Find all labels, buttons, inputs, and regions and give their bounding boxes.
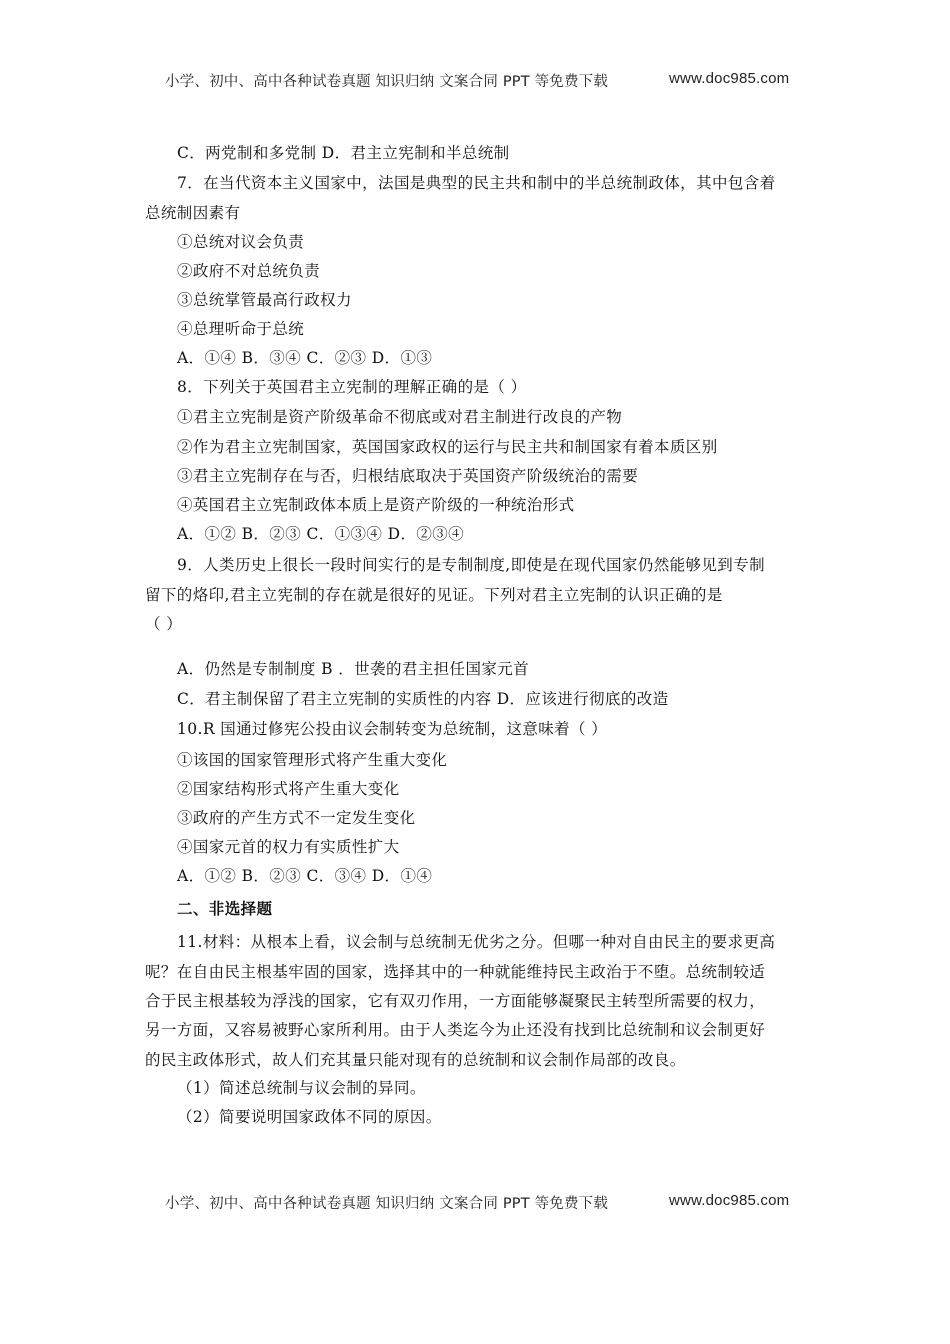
- q11-line-2: 呢？在自由民主根基牢固的国家，选择其中的一种就能维持民主政治于不堕。总统制较适: [145, 962, 765, 982]
- q7-item-2: ②政府不对总统负责: [177, 261, 320, 281]
- q6-options-cd: C．两党制和多党制 D．君主立宪制和半总统制: [177, 143, 510, 163]
- q10-stem: 10.R 国通过修宪公投由议会制转变为总统制，这意味着（ ）: [177, 719, 607, 739]
- q11-line-1: 11.材料：从根本上看，议会制与总统制无优劣之分。但哪一种对自由民主的要求更高: [177, 932, 775, 952]
- q11-sub-question-1: （1）简述总统制与议会制的异同。: [177, 1078, 426, 1098]
- q9-stem-line2: 留下的烙印,君主立宪制的存在就是很好的见证。下列对君主立宪制的认识正确的是: [145, 585, 723, 605]
- q11-line-3: 合于民主根基较为浮浅的国家，它有双刃作用，一方面能够凝聚民主转型所需要的权力，: [145, 991, 765, 1011]
- q7-item-1: ①总统对议会负责: [177, 232, 304, 252]
- q7-options: A．①④ B．③④ C．②③ D．①③: [177, 348, 432, 368]
- q8-item-2: ②作为君主立宪制国家，英国国家政权的运行与民主共和制国家有着本质区别: [177, 437, 718, 457]
- footer-url: www.doc985.com: [669, 1192, 789, 1209]
- q8-options: A．①② B．②③ C．①③④ D．②③④: [177, 524, 464, 544]
- footer-text: 小学、初中、高中各种试卷真题 知识归纳 文案合同 PPT 等免费下载: [165, 1196, 608, 1212]
- q10-item-2: ②国家结构形式将产生重大变化: [177, 779, 400, 799]
- q7-item-4: ④总理听命于总统: [177, 319, 304, 339]
- q9-stem-line1: 9．人类历史上很长一段时间实行的是专制制度,即使是在现代国家仍然能够见到专制: [177, 555, 765, 575]
- q9-stem-line3: （ ）: [145, 614, 182, 634]
- q11-sub-question-2: （2）简要说明国家政体不同的原因。: [177, 1107, 442, 1127]
- q7-item-3: ③总统掌管最高行政权力: [177, 290, 352, 310]
- page-header: 小学、初中、高中各种试卷真题 知识归纳 文案合同 PPT 等免费下载 www.d…: [165, 70, 805, 91]
- q9-options-ab: A．仍然是专制制度 B ．世袭的君主担任国家元首: [177, 659, 529, 679]
- q11-line-4: 另一方面，又容易被野心家所利用。由于人类迄今为止还没有找到比总统制和议会制更好: [145, 1020, 765, 1040]
- header-url: www.doc985.com: [669, 70, 789, 87]
- header-text: 小学、初中、高中各种试卷真题 知识归纳 文案合同 PPT 等免费下载: [165, 74, 608, 90]
- q10-item-4: ④国家元首的权力有实质性扩大: [177, 837, 400, 857]
- q10-item-3: ③政府的产生方式不一定发生变化: [177, 808, 416, 828]
- q10-item-1: ①该国的国家管理形式将产生重大变化: [177, 750, 447, 770]
- q10-options: A．①② B．②③ C．③④ D．①④: [177, 866, 432, 886]
- q7-stem-line2: 总统制因素有: [145, 203, 240, 223]
- q7-stem-line1: 7．在当代资本主义国家中，法国是典型的民主共和制中的半总统制政体，其中包含着: [177, 173, 776, 193]
- q8-item-4: ④英国君主立宪制政体本质上是资产阶级的一种统治形式: [177, 495, 575, 515]
- section-2-title: 二、非选择题: [177, 899, 272, 919]
- q11-line-5: 的民主政体形式，故人们充其量只能对现有的总统制和议会制作局部的改良。: [145, 1050, 686, 1070]
- q9-options-cd: C．君主制保留了君主立宪制的实质性的内容 D．应该进行彻底的改造: [177, 689, 669, 709]
- q8-stem: 8．下列关于英国君主立宪制的理解正确的是（ ）: [177, 377, 527, 397]
- page-footer: 小学、初中、高中各种试卷真题 知识归纳 文案合同 PPT 等免费下载 www.d…: [165, 1192, 805, 1213]
- q8-item-3: ③君主立宪制存在与否，归根结底取决于英国资产阶级统治的需要: [177, 466, 638, 486]
- q8-item-1: ①君主立宪制是资产阶级革命不彻底或对君主制进行改良的产物: [177, 407, 622, 427]
